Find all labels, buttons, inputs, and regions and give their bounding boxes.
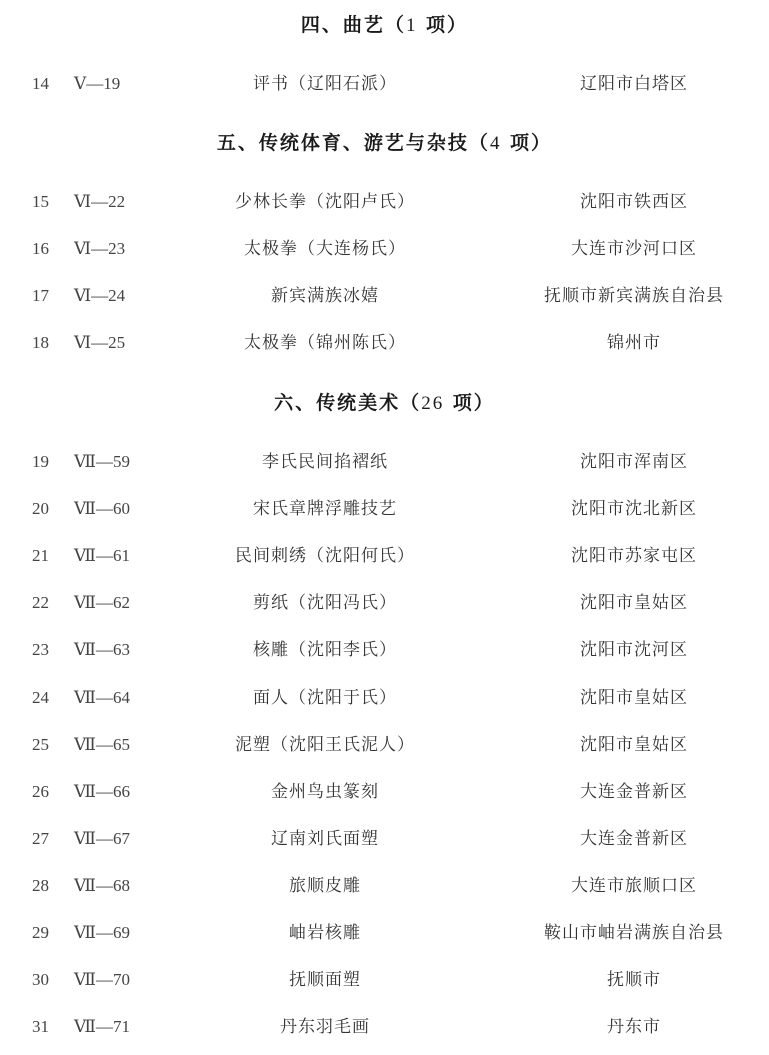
row-location: 抚顺市新宾满族自治县	[500, 281, 768, 311]
row-index: 27	[32, 824, 62, 854]
row-location: 鞍山市岫岩满族自治县	[500, 918, 768, 948]
row-name: 泥塑（沈阳王氏泥人）	[175, 730, 475, 760]
row-name: 旅顺皮雕	[175, 871, 475, 901]
row-index: 20	[32, 494, 62, 524]
row-location: 大连金普新区	[500, 824, 768, 854]
row-index: 25	[32, 730, 62, 760]
row-index: 17	[32, 281, 62, 311]
section-heading-fine-arts: 六、传统美术（26 项）	[0, 388, 769, 418]
row-code: Ⅶ—67	[74, 824, 154, 854]
row-location: 丹东市	[500, 1012, 768, 1042]
row-location: 辽阳市白塔区	[500, 69, 768, 99]
row-location: 锦州市	[500, 328, 768, 358]
section-suffix: 项）	[444, 392, 495, 414]
row-location: 大连金普新区	[500, 777, 768, 807]
row-code: Ⅵ—24	[74, 281, 154, 311]
table-row: 16 Ⅵ—23 太极拳（大连杨氏） 大连市沙河口区	[0, 234, 769, 264]
row-index: 26	[32, 777, 62, 807]
row-location: 抚顺市	[500, 965, 768, 995]
table-row: 19 Ⅶ—59 李氏民间掐褶纸 沈阳市浑南区	[0, 447, 769, 477]
row-index: 15	[32, 187, 62, 217]
section-count: 4	[490, 133, 502, 154]
row-index: 21	[32, 541, 62, 571]
row-code: Ⅶ—66	[74, 777, 154, 807]
row-location: 沈阳市皇姑区	[500, 730, 768, 760]
row-code: Ⅵ—25	[74, 328, 154, 358]
row-location: 沈阳市皇姑区	[500, 683, 768, 713]
table-row: 31 Ⅶ—71 丹东羽毛画 丹东市	[0, 1012, 769, 1042]
section-count: 26	[421, 393, 444, 414]
row-name: 面人（沈阳于氏）	[175, 683, 475, 713]
row-name: 金州鸟虫篆刻	[175, 777, 475, 807]
row-index: 30	[32, 965, 62, 995]
row-name: 丹东羽毛画	[175, 1012, 475, 1042]
row-name: 抚顺面塑	[175, 965, 475, 995]
section-heading-quyi: 四、曲艺（1 项）	[0, 10, 769, 40]
row-name: 李氏民间掐褶纸	[175, 447, 475, 477]
row-code: Ⅶ—61	[74, 541, 154, 571]
row-code: Ⅶ—64	[74, 683, 154, 713]
row-location: 沈阳市苏家屯区	[500, 541, 768, 571]
table-row: 30 Ⅶ—70 抚顺面塑 抚顺市	[0, 965, 769, 995]
table-row: 29 Ⅶ—69 岫岩核雕 鞍山市岫岩满族自治县	[0, 918, 769, 948]
row-name: 民间刺绣（沈阳何氏）	[175, 541, 475, 571]
row-index: 14	[32, 69, 62, 99]
row-code: Ⅶ—59	[74, 447, 154, 477]
row-index: 24	[32, 683, 62, 713]
row-name: 太极拳（大连杨氏）	[175, 234, 475, 264]
section-heading-sports: 五、传统体育、游艺与杂技（4 项）	[0, 128, 769, 158]
table-row: 26 Ⅶ—66 金州鸟虫篆刻 大连金普新区	[0, 777, 769, 807]
table-row: 15 Ⅵ—22 少林长拳（沈阳卢氏） 沈阳市铁西区	[0, 187, 769, 217]
row-name: 新宾满族冰嬉	[175, 281, 475, 311]
section-title: 六、传统美术（	[274, 392, 421, 414]
row-index: 22	[32, 588, 62, 618]
row-code: Ⅶ—62	[74, 588, 154, 618]
section-count: 1	[406, 15, 418, 36]
row-location: 沈阳市沈河区	[500, 635, 768, 665]
table-row: 25 Ⅶ—65 泥塑（沈阳王氏泥人） 沈阳市皇姑区	[0, 730, 769, 760]
table-row: 24 Ⅶ—64 面人（沈阳于氏） 沈阳市皇姑区	[0, 683, 769, 713]
row-location: 沈阳市沈北新区	[500, 494, 768, 524]
row-code: Ⅶ—71	[74, 1012, 154, 1042]
row-code: Ⅶ—70	[74, 965, 154, 995]
row-location: 沈阳市皇姑区	[500, 588, 768, 618]
row-name: 宋氏章牌浮雕技艺	[175, 494, 475, 524]
row-code: Ⅴ—19	[74, 69, 154, 99]
row-location: 大连市旅顺口区	[500, 871, 768, 901]
section-title: 五、传统体育、游艺与杂技（	[217, 132, 490, 154]
table-row: 28 Ⅶ—68 旅顺皮雕 大连市旅顺口区	[0, 871, 769, 901]
table-row: 14 Ⅴ—19 评书（辽阳石派） 辽阳市白塔区	[0, 69, 769, 99]
table-row: 23 Ⅶ—63 核雕（沈阳李氏） 沈阳市沈河区	[0, 635, 769, 665]
row-location: 沈阳市铁西区	[500, 187, 768, 217]
row-index: 29	[32, 918, 62, 948]
table-row: 21 Ⅶ—61 民间刺绣（沈阳何氏） 沈阳市苏家屯区	[0, 541, 769, 571]
row-name: 剪纸（沈阳冯氏）	[175, 588, 475, 618]
table-row: 17 Ⅵ—24 新宾满族冰嬉 抚顺市新宾满族自治县	[0, 281, 769, 311]
document-page: 四、曲艺（1 项） 14 Ⅴ—19 评书（辽阳石派） 辽阳市白塔区 五、传统体育…	[0, 0, 769, 1055]
row-code: Ⅵ—22	[74, 187, 154, 217]
row-code: Ⅵ—23	[74, 234, 154, 264]
row-index: 19	[32, 447, 62, 477]
row-index: 23	[32, 635, 62, 665]
row-index: 28	[32, 871, 62, 901]
row-location: 沈阳市浑南区	[500, 447, 768, 477]
row-index: 31	[32, 1012, 62, 1042]
row-code: Ⅶ—65	[74, 730, 154, 760]
row-name: 少林长拳（沈阳卢氏）	[175, 187, 475, 217]
row-name: 岫岩核雕	[175, 918, 475, 948]
table-row: 22 Ⅶ—62 剪纸（沈阳冯氏） 沈阳市皇姑区	[0, 588, 769, 618]
row-code: Ⅶ—60	[74, 494, 154, 524]
section-title: 四、曲艺（	[301, 14, 406, 36]
table-row: 18 Ⅵ—25 太极拳（锦州陈氏） 锦州市	[0, 328, 769, 358]
section-suffix: 项）	[501, 132, 552, 154]
row-location: 大连市沙河口区	[500, 234, 768, 264]
row-code: Ⅶ—69	[74, 918, 154, 948]
row-index: 18	[32, 328, 62, 358]
row-name: 辽南刘氏面塑	[175, 824, 475, 854]
row-code: Ⅶ—68	[74, 871, 154, 901]
table-row: 27 Ⅶ—67 辽南刘氏面塑 大连金普新区	[0, 824, 769, 854]
section-suffix: 项）	[417, 14, 468, 36]
row-code: Ⅶ—63	[74, 635, 154, 665]
row-name: 核雕（沈阳李氏）	[175, 635, 475, 665]
table-row: 20 Ⅶ—60 宋氏章牌浮雕技艺 沈阳市沈北新区	[0, 494, 769, 524]
row-name: 太极拳（锦州陈氏）	[175, 328, 475, 358]
row-name: 评书（辽阳石派）	[175, 69, 475, 99]
row-index: 16	[32, 234, 62, 264]
